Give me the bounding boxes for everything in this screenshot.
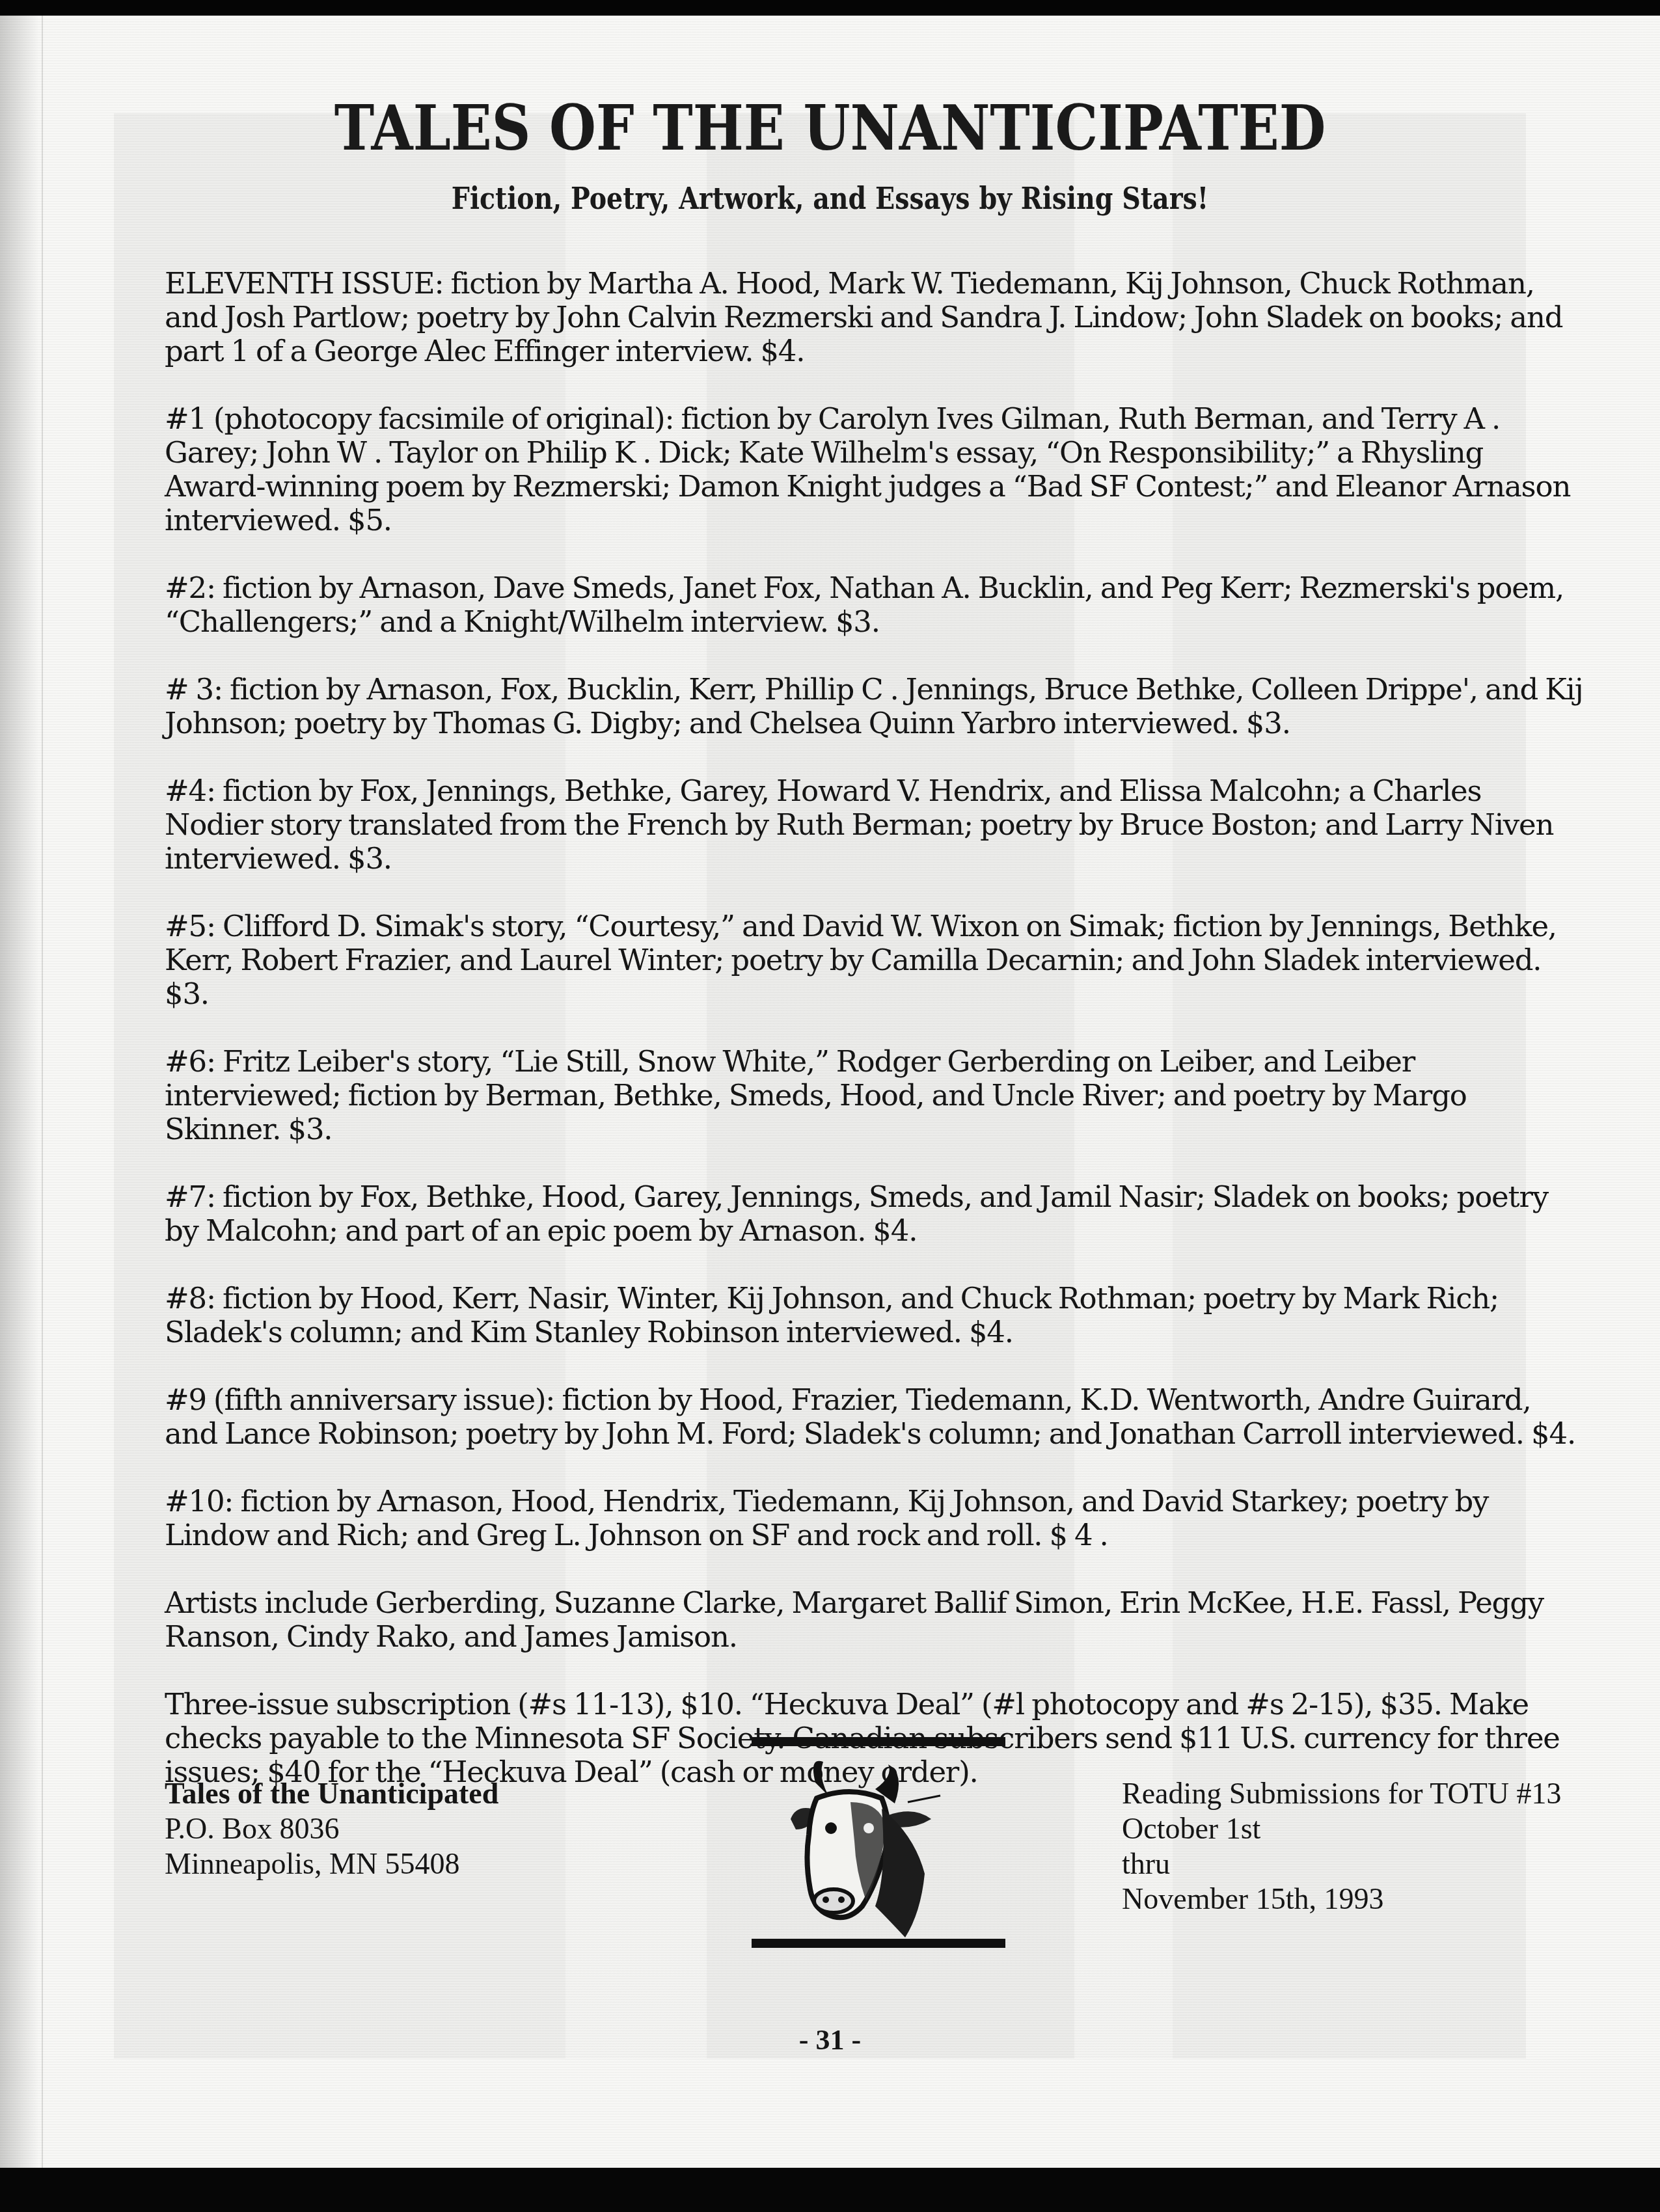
issue-entry-10: #10: fiction by Arnason, Hood, Hendrix, … [165,1485,1583,1552]
bottom-rule [752,1939,1005,1948]
issue-list: ELEVENTH ISSUE: fiction by Martha A. Hoo… [165,267,1583,1823]
mailing-address: Tales of the Unanticipated P.O. Box 8036… [165,1776,498,1882]
reading-start-date: October 1st [1122,1811,1562,1846]
address-line-2: Minneapolis, MN 55408 [165,1846,498,1882]
cow-head-icon [778,1757,973,1939]
reading-separator: thru [1122,1846,1562,1882]
reading-period: Reading Submissions for TOTU #13 October… [1122,1776,1562,1917]
address-name: Tales of the Unanticipated [165,1776,498,1811]
footer: Tales of the Unanticipated P.O. Box 8036… [0,1724,1660,1958]
issue-entry-5: #5: Clifford D. Simak's story, “Courtesy… [165,910,1583,1011]
page-number: - 31 - [0,2023,1660,2057]
page-subtitle: Fiction, Poetry, Artwork, and Essays by … [116,181,1544,216]
issue-entry-4: #4: fiction by Fox, Jennings, Bethke, Ga… [165,774,1583,876]
address-line-1: P.O. Box 8036 [165,1811,498,1846]
scan-border-bottom [0,2168,1660,2212]
scan-border-top [0,0,1660,17]
issue-entry-eleventh: ELEVENTH ISSUE: fiction by Martha A. Hoo… [165,267,1583,368]
top-rule [752,1737,1005,1746]
issue-entry-1: #1 (photocopy facsimile of original): fi… [165,402,1583,537]
cow-illustration-block [752,1731,1005,1952]
reading-heading: Reading Submissions for TOTU #13 [1122,1776,1562,1811]
issue-entry-7: #7: fiction by Fox, Bethke, Hood, Garey,… [165,1180,1583,1248]
issue-entry-2: #2: fiction by Arnason, Dave Smeds, Jane… [165,571,1583,639]
artists-paragraph: Artists include Gerberding, Suzanne Clar… [165,1586,1583,1654]
issue-entry-9: #9 (fifth anniversary issue): fiction by… [165,1383,1583,1451]
issue-entry-6: #6: Fritz Leiber's story, “Lie Still, Sn… [165,1045,1583,1146]
page-title: TALES OF THE UNANTICIPATED [116,91,1544,165]
reading-end-date: November 15th, 1993 [1122,1882,1562,1917]
issue-entry-3: # 3: fiction by Arnason, Fox, Bucklin, K… [165,673,1583,740]
issue-entry-8: #8: fiction by Hood, Kerr, Nasir, Winter… [165,1282,1583,1349]
